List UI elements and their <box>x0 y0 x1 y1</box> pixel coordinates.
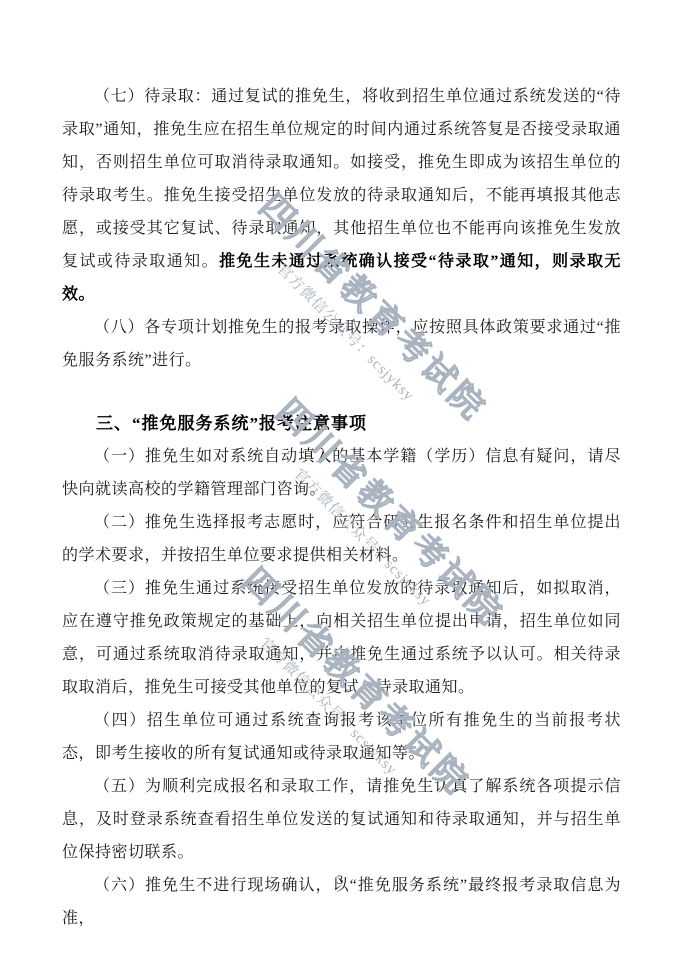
paragraph-item-1: （一）推免生如对系统自动填入的基本学籍（学历）信息有疑问，请尽快向就读高校的学籍… <box>62 440 621 506</box>
paragraph-item-5: （五）为顺利完成报名和录取工作，请推免生认真了解系统各项提示信息，及时登录系统查… <box>62 770 621 869</box>
paragraph-item-4: （四）招生单位可通过系统查询报考该单位所有推免生的当前报考状态，即考生接收的所有… <box>62 704 621 770</box>
paragraph-item-7: （七）待录取：通过复试的推免生，将收到招生单位通过系统发送的“待录取”通知，推免… <box>62 80 621 311</box>
section-heading: 三、“推免服务系统”报考注意事项 <box>62 407 621 440</box>
paragraph-text: （七）待录取：通过复试的推免生，将收到招生单位通过系统发送的“待录取”通知，推免… <box>62 88 621 270</box>
page-body: （七）待录取：通过复试的推免生，将收到招生单位通过系统发送的“待录取”通知，推免… <box>62 80 621 935</box>
page-number: 3 <box>0 872 680 888</box>
paragraph-item-2: （二）推免生选择报考志愿时，应符合研究生报名条件和招生单位提出的学术要求，并按招… <box>62 506 621 572</box>
document-page: 四川省教育考试院 官方微信公众号：scsjyksy 四川省教育考试院 官方微信公… <box>0 0 680 962</box>
paragraph-item-3: （三）推免生通过系统接受招生单位发放的待录取通知后，如拟取消，应在遵守推免政策规… <box>62 572 621 704</box>
paragraph-item-8: （八）各专项计划推免生的报考录取操作，应按照具体政策要求通过“推免服务系统”进行… <box>62 311 621 377</box>
